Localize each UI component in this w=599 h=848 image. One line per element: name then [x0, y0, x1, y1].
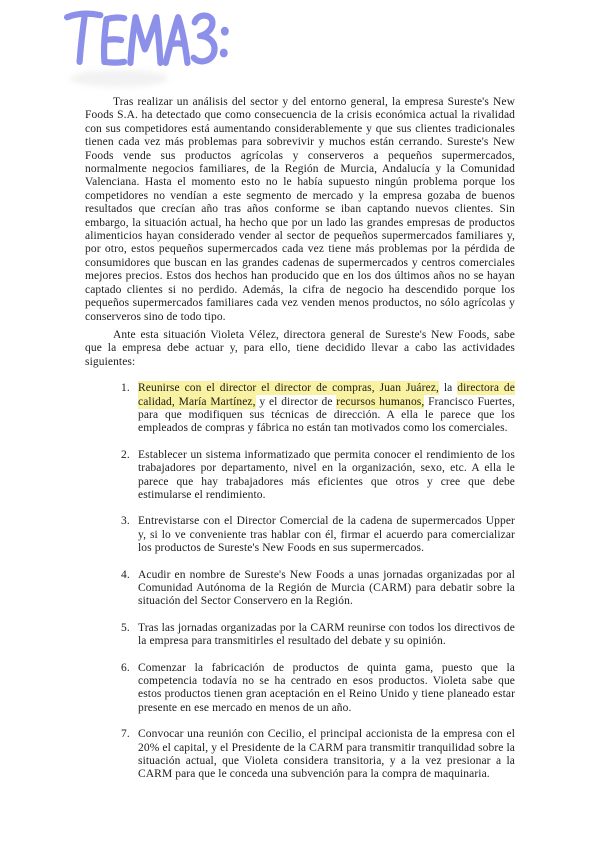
title-stroke [194, 16, 215, 62]
text-segment: Convocar una reunión con Cecilio, el pri… [138, 728, 515, 780]
list-item: 1. Reunirse con el director el director … [85, 382, 515, 436]
title-stroke [171, 43, 184, 44]
list-item: 2. Establecer un sistema informatizado q… [85, 449, 515, 503]
text-segment: Entrevistarse con el Director Comercial … [138, 515, 515, 554]
highlight-segment: recursos humanos, [336, 395, 424, 409]
text-segment: Tras las jornadas organizadas por la CAR… [138, 622, 515, 647]
list-item: 5. Tras las jornadas organizadas por la … [85, 622, 515, 649]
title-stroke [166, 17, 188, 63]
list-item-text: Entrevistarse con el Director Comercial … [138, 515, 515, 554]
list-item: 3. Entrevistarse con el Director Comerci… [85, 515, 515, 555]
list-item-text: Establecer un sistema informatizado que … [138, 449, 515, 501]
document-body: Tras realizar un análisis del sector y d… [85, 96, 515, 795]
list-item-number: 3. [121, 515, 130, 528]
title-stroke [130, 17, 160, 63]
list-item-text: Convocar una reunión con Cecilio, el pri… [138, 728, 515, 780]
list-item-number: 6. [121, 662, 130, 675]
text-segment: la [439, 382, 457, 394]
text-segment: y el director de [256, 396, 337, 408]
text-segment: Tras realizar un análisis del sector y d… [85, 96, 515, 323]
text-segment: Acudir en nombre de Sureste's New Foods … [138, 569, 515, 608]
title-stroke [107, 18, 125, 20]
paragraph: Ante esta situación Violeta Vélez, direc… [85, 329, 515, 369]
paragraph: Tras realizar un análisis del sector y d… [85, 96, 515, 324]
list-item-text: Tras las jornadas organizadas por la CAR… [138, 622, 515, 647]
text-segment: Ante esta situación Violeta Vélez, direc… [85, 329, 515, 368]
title-stroke [104, 62, 124, 63]
text-segment: Establecer un sistema informatizado que … [138, 449, 515, 501]
list-item-number: 7. [121, 728, 130, 741]
title-stroke [80, 15, 85, 62]
eraser-smudge [70, 70, 168, 87]
title-stroke [106, 39, 122, 40]
list-item: 4. Acudir en nombre de Sureste's New Foo… [85, 569, 515, 609]
list-item-text: Acudir en nombre de Sureste's New Foods … [138, 569, 515, 608]
list-item-number: 5. [121, 622, 130, 635]
text-segment: Comenzar la fabricación de productos de … [138, 662, 515, 714]
list-item: 6. Comenzar la fabricación de productos … [85, 662, 515, 716]
list-item-number: 2. [121, 449, 130, 462]
list-item: 7. Convocar una reunión con Cecilio, el … [85, 728, 515, 782]
document-page: Tras realizar un análisis del sector y d… [0, 0, 599, 848]
list-item-text: Reunirse con el director el director de … [138, 381, 515, 434]
list-item-number: 4. [121, 569, 130, 582]
list-item-number: 1. [121, 382, 130, 395]
document-paragraphs: Tras realizar un análisis del sector y d… [85, 96, 515, 369]
activity-list: 1. Reunirse con el director el director … [85, 382, 515, 782]
list-item-text: Comenzar la fabricación de productos de … [138, 662, 515, 714]
highlight-segment: Reunirse con el director el director de … [138, 381, 439, 395]
handwritten-title [64, 8, 230, 70]
